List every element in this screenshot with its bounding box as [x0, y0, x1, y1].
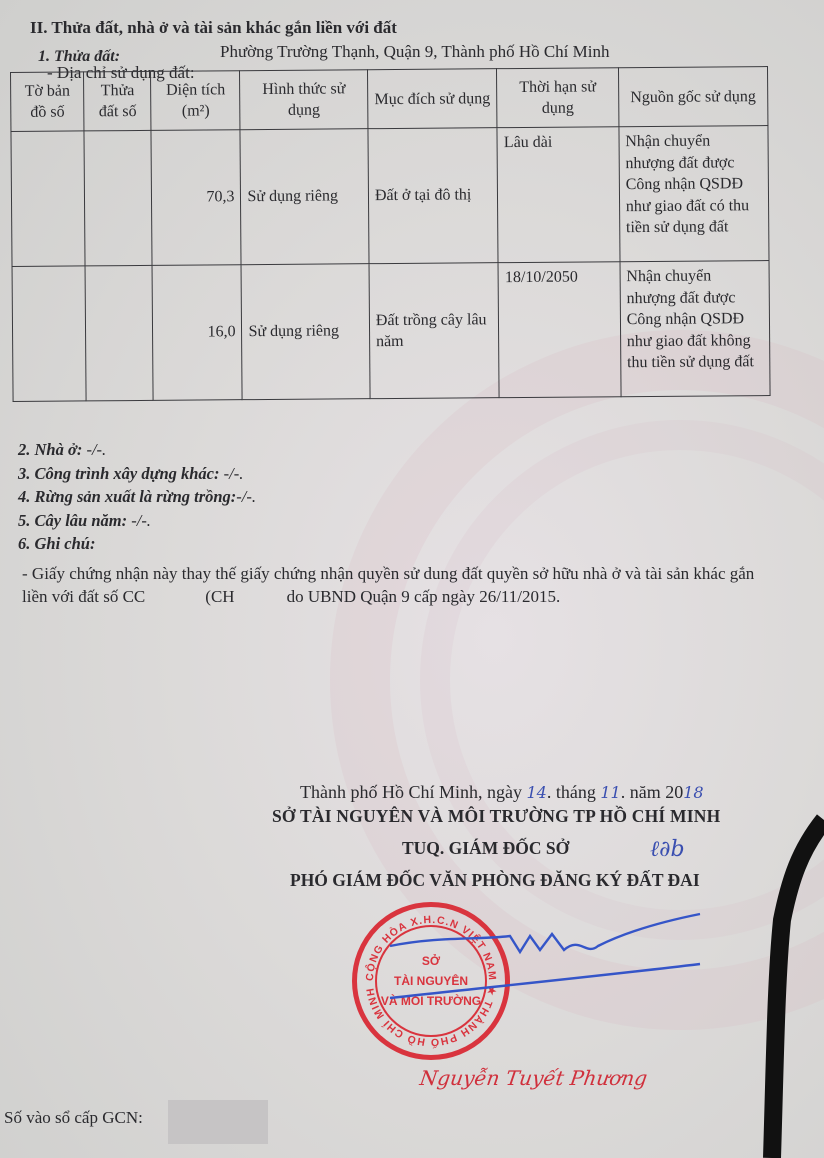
item-perennial-trees: 5. Cây lâu năm: -/-.	[18, 509, 256, 533]
header-usage-form: Hình thức sử dụng	[240, 70, 368, 130]
cell-duration: Lâu dài	[497, 127, 619, 263]
section-title: II. Thửa đất, nhà ở và tài sản khác gắn …	[30, 18, 397, 38]
cell-usage-form: Sử dụng riêng	[242, 264, 370, 400]
official-seal: CỘNG HÒA X.H.C.N VIỆT NAM ★ THÀNH PHỐ HỒ…	[352, 902, 510, 1060]
item-value: -/-.	[236, 487, 256, 506]
item-house: 2. Nhà ở: -/-.	[18, 438, 256, 462]
issuing-department: SỞ TÀI NGUYÊN VÀ MÔI TRƯỜNG TP HỒ CHÍ MI…	[272, 806, 720, 827]
handwritten-initial: ℓ∂b	[650, 836, 685, 862]
header-area: Diện tích (m²)	[151, 71, 240, 131]
note-text: - Giấy chứng nhận này thay thế giấy chứn…	[22, 562, 762, 608]
redacted-gcn-number	[168, 1100, 268, 1144]
item-other-construction: 3. Công trình xây dựng khác: -/-.	[18, 462, 256, 486]
table-row: 16,0 Sử dụng riêng Đất trồng cây lâu năm…	[12, 261, 770, 402]
item-label: 4. Rừng sản xuất là rừng trồng:	[18, 487, 236, 506]
seal-line: TÀI NGUYÊN	[357, 971, 505, 991]
item-value: -/-.	[220, 464, 244, 483]
item-label: 3. Công trình xây dựng khác:	[18, 464, 220, 483]
header-origin: Nguồn gốc sử dụng	[618, 67, 768, 127]
month-label: tháng	[556, 782, 596, 802]
cell-map-sheet	[12, 266, 86, 402]
note-part2: (CH	[205, 587, 234, 606]
seal-line: SỞ	[357, 951, 505, 971]
place-prefix: Thành phố Hồ Chí Minh, ngày	[300, 782, 522, 802]
cell-purpose: Đất trồng cây lâu năm	[369, 263, 499, 399]
gcn-registry-label: Số vào sổ cấp GCN:	[4, 1108, 143, 1128]
table-row: 70,3 Sử dụng riêng Đất ở tại đô thị Lâu …	[11, 126, 769, 267]
cell-parcel-number	[85, 265, 153, 401]
header-duration: Thời hạn sử dụng	[497, 68, 619, 128]
signer-name: Nguyễn Tuyết Phương	[418, 1066, 649, 1090]
cell-usage-form: Sử dụng riêng	[240, 129, 368, 265]
handwritten-day: 14	[527, 783, 547, 802]
note-part3: do UBND Quận 9 cấp ngày 26/11/2015.	[287, 587, 561, 606]
handwritten-year: 18	[683, 783, 703, 802]
land-parcel-table: Tờ bản đồ số Thửa đất số Diện tích (m²) …	[10, 66, 771, 402]
item-value: -/-.	[82, 440, 106, 459]
cell-parcel-number	[84, 130, 152, 266]
year-label: năm 20	[630, 782, 684, 802]
cell-purpose: Đất ở tại đô thị	[368, 128, 498, 264]
seal-line: VÀ MÔI TRƯỜNG	[357, 991, 505, 1011]
address-value: Phường Trường Thạnh, Quận 9, Thành phố H…	[220, 42, 610, 62]
cell-map-sheet	[11, 131, 85, 267]
handwritten-month: 11	[600, 783, 620, 802]
cell-area: 16,0	[152, 265, 242, 401]
item-value: -/-.	[127, 511, 151, 530]
authorization-line: TUQ. GIÁM ĐỐC SỞ	[402, 838, 569, 859]
item-label: 2. Nhà ở:	[18, 440, 82, 459]
item-production-forest: 4. Rừng sản xuất là rừng trồng:-/-.	[18, 485, 256, 509]
cell-origin: Nhận chuyển nhượng đất được Công nhận QS…	[620, 261, 770, 397]
header-parcel-number: Thửa đất số	[84, 71, 152, 131]
property-items: 2. Nhà ở: -/-. 3. Công trình xây dựng kh…	[18, 438, 256, 556]
background-watermark-inner	[420, 420, 824, 940]
cell-area: 70,3	[151, 130, 241, 266]
cell-duration: 18/10/2050	[498, 262, 620, 398]
item-notes: 6. Ghi chú:	[18, 532, 256, 556]
place-date: Thành phố Hồ Chí Minh, ngày 14. tháng 11…	[300, 782, 704, 803]
signer-title: PHÓ GIÁM ĐỐC VĂN PHÒNG ĐĂNG KÝ ĐẤT ĐAI	[290, 870, 700, 891]
item-label: 5. Cây lâu năm:	[18, 511, 127, 530]
table-header-row: Tờ bản đồ số Thửa đất số Diện tích (m²) …	[11, 67, 768, 132]
cell-origin: Nhận chuyển nhượng đất được Công nhận QS…	[619, 126, 769, 262]
item-label: 6. Ghi chú:	[18, 534, 95, 553]
header-map-sheet: Tờ bản đồ số	[11, 72, 85, 132]
seal-center-text: SỞ TÀI NGUYÊN VÀ MÔI TRƯỜNG	[357, 951, 505, 1011]
header-purpose: Mục đích sử dụng	[367, 69, 497, 129]
